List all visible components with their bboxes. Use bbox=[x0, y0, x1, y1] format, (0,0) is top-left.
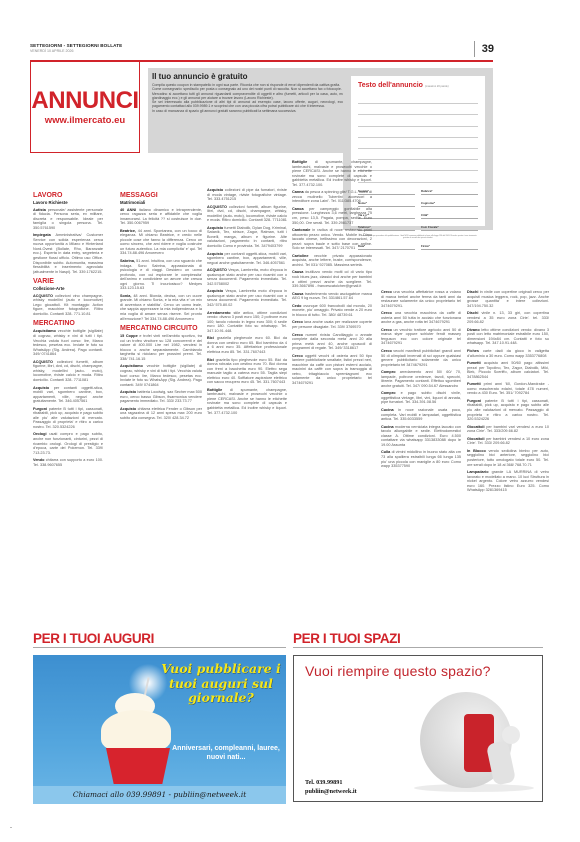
ad-keyword: Bottiglie bbox=[292, 160, 307, 164]
classified-ad: Furgoni patente B tutti i tipi, cassonat… bbox=[33, 407, 103, 430]
citta-field[interactable]: Città* bbox=[421, 213, 478, 219]
ad-text: per campeggio gonfiabile alta pressione.… bbox=[292, 207, 372, 225]
section-mercatino: MERCATINO bbox=[33, 320, 103, 328]
ad-keyword: Bici bbox=[207, 336, 214, 340]
classified-ad: Fumetti primi anni '60, Gordon-Mandrake … bbox=[467, 382, 549, 396]
ad-keyword: Bottiglie bbox=[207, 388, 222, 392]
page-mark bbox=[10, 827, 12, 828]
classified-ad: Autista personale/ assistente personale … bbox=[33, 208, 103, 231]
ad-text: letto ottime condizioni vendo: divano 3 … bbox=[467, 328, 549, 346]
ad-keyword: Cartoline bbox=[292, 254, 308, 258]
ad-text: carte dadi da gioco in valigetta d'allum… bbox=[467, 349, 549, 358]
ad-keyword: Acquisto bbox=[120, 390, 136, 394]
auguri-heading: PER I TUOI AUGURI bbox=[33, 632, 286, 648]
classified-ad: Giocattoli per bambini vendesi a 10 euro… bbox=[467, 437, 549, 446]
column-3: Acquisto collezioni di pipe da fumatori,… bbox=[207, 188, 287, 418]
ad-keyword: Cerco bbox=[381, 311, 392, 315]
ad-text: numeri rivista Candilaggio o annate comp… bbox=[292, 333, 372, 351]
classified-ad: Canna da pesca a spinning gile/ T.G.L. n… bbox=[292, 190, 372, 204]
spazi-advertisement[interactable]: Vuoi riempire questo spazio? Tel. 039.99… bbox=[293, 655, 543, 802]
spazi-heading: PER I TUOI SPAZI bbox=[293, 632, 543, 648]
ad-keyword: Beatrice, bbox=[120, 229, 136, 233]
ad-text: di spumante, champagne, lambruschi, malv… bbox=[292, 160, 372, 187]
cupcake-icon bbox=[106, 748, 170, 784]
subsection-matrimoniali: Matrimoniali bbox=[120, 201, 202, 206]
ad-text: lana anche usata per realizzare coperte … bbox=[292, 320, 372, 329]
ad-keyword: Cerco bbox=[381, 328, 392, 332]
classified-ad: Bici graziella pieghevole euro 60. Bici … bbox=[207, 336, 287, 354]
spazi-email: publiin@netweek.it bbox=[305, 787, 357, 796]
classified-ad: Orologi usati compro e pago subito, anch… bbox=[33, 432, 103, 455]
info-paragraph: In caso di mancanza di spazio gli annunc… bbox=[152, 109, 348, 113]
classified-ad: Cartoline vecchie privato appassionato a… bbox=[292, 254, 372, 268]
ad-keyword: Vendo bbox=[33, 458, 44, 462]
classified-ad: Beatrice, 44 anni. Spontanea, con un toc… bbox=[120, 229, 202, 256]
ad-keyword: Cucina bbox=[381, 425, 394, 429]
ad-text: di spumante, champagne, lambruschi, malv… bbox=[207, 388, 287, 415]
ad-keyword: Acquisto bbox=[120, 407, 136, 411]
subsection-lavoro-richieste: Lavoro Richieste bbox=[33, 201, 103, 206]
classified-ad: Cedo ovunque 600 francobolli dal mondo, … bbox=[292, 304, 372, 318]
ad-keyword: Acquisto bbox=[207, 188, 223, 192]
classified-ad: Acquisto per contanti oggetti-stica, mob… bbox=[33, 386, 103, 404]
ad-text-line[interactable] bbox=[358, 127, 478, 138]
ad-keyword: Lampadario bbox=[467, 470, 489, 474]
ad-keyword: Acquistiamo bbox=[33, 329, 56, 333]
ad-keyword: Orologi bbox=[33, 432, 47, 436]
classified-ad: Cerco lana anche usata per realizzare co… bbox=[292, 320, 372, 329]
ad-text: una vecchia affettatrice rossa a volano … bbox=[381, 290, 461, 308]
ad-text: chitarra con supporto a euro 100. Tel. 3… bbox=[33, 458, 103, 467]
ad-keyword: 40 ANNI bbox=[120, 208, 136, 212]
subsection-collezione-arte: Collezione-Arte bbox=[33, 287, 103, 292]
section-lavoro: LAVORO bbox=[33, 192, 103, 200]
ad-keyword: Arredamento bbox=[207, 311, 231, 315]
ad-text-line[interactable] bbox=[358, 115, 478, 126]
classified-ad: In Blocco vendo sediolina bimbo per auto… bbox=[467, 449, 549, 467]
classified-ad: ACQUISTO collezioni vino champagne- whis… bbox=[33, 294, 103, 317]
annunci-brand-box: ANNUNCI www.ilmercato.eu bbox=[30, 62, 140, 153]
ad-text-line[interactable] bbox=[358, 149, 478, 160]
classified-ad: Acquisto Vespa, Lambretta moto d'epoca i… bbox=[207, 289, 287, 307]
ad-text-lines[interactable] bbox=[358, 93, 478, 183]
ad-keyword: Canna bbox=[292, 190, 304, 194]
ad-keyword: Sonia, bbox=[120, 294, 131, 298]
ad-text: inutilizzo vendo molti cd di vario tipo … bbox=[292, 270, 372, 288]
classified-ad: ACQUISTO collezioni fumetti, album figur… bbox=[33, 360, 103, 383]
cognome-field[interactable]: Cognome* bbox=[421, 201, 478, 207]
ad-keyword: Acquisto bbox=[207, 226, 223, 230]
ad-keyword: Fumetti bbox=[467, 382, 481, 386]
column-6: Dischi in vinile con copertine originali… bbox=[467, 290, 549, 496]
column-5: Cerco una vecchia affettatrice rossa a v… bbox=[381, 290, 461, 472]
form-privacy-note: * Dati obbligatori per procedere alla pu… bbox=[358, 235, 478, 240]
ad-text: graziella pieghevole euro 60. Bici da do… bbox=[207, 336, 287, 354]
classified-ad: Lampadario grande LA MURRINA di vetro la… bbox=[467, 470, 549, 493]
brand-title: ANNUNCI bbox=[31, 89, 138, 113]
page-header: SETTEGIORNI - SETTEGIORNI BOLLATE VENERD… bbox=[30, 43, 492, 53]
ad-text-line[interactable] bbox=[358, 160, 478, 171]
classified-ad: Cerco una vecchia affettatrice rossa a v… bbox=[381, 290, 461, 308]
classified-ad: Cerco un vecchio trattore agricolo anni … bbox=[381, 328, 461, 346]
auguri-advertisement[interactable]: Vuoi pubblicare i tuoi auguri sul giorna… bbox=[33, 655, 286, 804]
ad-keyword: Cerco bbox=[292, 320, 303, 324]
classified-ad: Cucina moderna verniciata integra laccat… bbox=[381, 425, 461, 448]
ad-keyword: Canoa bbox=[292, 207, 304, 211]
auguri-contact: Chiamaci allo 039.99891 - publiin@netwee… bbox=[33, 786, 286, 804]
classified-ad: Giocattoli per bambini vari vendesi a eu… bbox=[467, 425, 549, 434]
ad-keyword: ACQUISTO bbox=[33, 360, 53, 364]
ad-text-line[interactable] bbox=[358, 171, 478, 182]
classified-ad: 15 Coppe e trofei vinti nell'ambito spor… bbox=[120, 334, 202, 361]
form-title-text: Testo dell'annuncio bbox=[358, 82, 423, 89]
publication-name: SETTEGIORNI - SETTEGIORNI BOLLATE bbox=[30, 43, 492, 48]
ad-text-line[interactable] bbox=[358, 93, 478, 104]
ad-keyword: Cerco bbox=[292, 354, 303, 358]
ad-text: vecchi manifesti pubblicitari grandi ann… bbox=[381, 349, 461, 367]
ad-text: moderna verniciata integra laccato con t… bbox=[381, 425, 461, 447]
ad-text: 44 anni. Spontanea, con un tocco di eleg… bbox=[120, 229, 202, 256]
classified-ad: Cerco numeri rivista Candilaggio o annat… bbox=[292, 333, 372, 351]
codice-fiscale-field[interactable]: Cod. Fiscale* bbox=[421, 225, 478, 231]
ad-keyword: Cerco bbox=[292, 333, 303, 337]
ad-keyword: Acquisto bbox=[33, 386, 49, 390]
ad-text: oggetti vecchi di osteria anni 50 tipo l… bbox=[292, 354, 372, 385]
classified-ad: Acquisto collezioni di pipe da fumatori,… bbox=[207, 188, 287, 202]
classified-ad: Divano letto ottime condizioni vendo: di… bbox=[467, 328, 549, 346]
section-messaggi: MESSAGGI bbox=[120, 192, 202, 200]
form-fields-bottom: Data* Firma* bbox=[358, 244, 478, 250]
classified-ad: Compro e pago subito dischi vinile, ogge… bbox=[381, 391, 461, 405]
classified-ad: Cerco oggetti vecchi di osteria anni 50 … bbox=[292, 354, 372, 386]
classified-ad: Acquisto fumetti Diabolik, Dylan Dog, Kr… bbox=[207, 226, 287, 249]
ad-keyword: Fumetti bbox=[467, 361, 481, 365]
column-1: LAVORO Lavoro Richieste Autista personal… bbox=[33, 188, 103, 470]
classified-ad: 40 ANNI italiano dinamico e intraprenden… bbox=[120, 208, 202, 226]
ad-keyword: ACQUISTO bbox=[33, 294, 53, 298]
ad-keyword: Sabrina, bbox=[120, 259, 135, 263]
ad-keyword: Culla bbox=[381, 450, 390, 454]
spazi-phone: Tel. 039.99891 bbox=[305, 778, 357, 787]
ad-keyword: Dischi bbox=[467, 290, 478, 294]
ad-keyword: Cantonale bbox=[292, 228, 310, 232]
ad-keyword: Causa bbox=[292, 292, 303, 296]
spazi-contact: Tel. 039.99891 publiin@netweek.it bbox=[305, 778, 357, 796]
classified-ad: Furgoni patente B tutti i tipi, cassonat… bbox=[467, 399, 549, 422]
classified-ad: Causa trasferimento vendo asciugatrice m… bbox=[292, 292, 372, 301]
ad-keyword: Dischi bbox=[467, 311, 478, 315]
ad-text: ovunque 600 francobolli dal mondo, 20 mo… bbox=[292, 304, 372, 317]
form-title: Testo dell'annuncio(massimo 20 parole) bbox=[358, 82, 478, 89]
classified-ad: Sabrina, 51 anni. Intuitiva, con uno sgu… bbox=[120, 259, 202, 291]
info-paragraph: Come consegnarlo: spediscilo per posta o… bbox=[152, 87, 348, 100]
classified-ad: Dischi in vinile con copertine originali… bbox=[467, 290, 549, 308]
classified-ad: Culla di vimini midollino in buono stato… bbox=[381, 450, 461, 468]
auguri-question: Vuoi pubblicare i tuoi auguri sul giorna… bbox=[161, 662, 281, 706]
page-number: 39 bbox=[474, 41, 494, 57]
classified-ad: Cerco vecchi manifesti pubblicitari gran… bbox=[381, 349, 461, 367]
ad-keyword: Furgoni bbox=[33, 407, 47, 411]
ad-text: di vimini midollino in buono stato alta … bbox=[381, 450, 461, 468]
ad-text: un vecchio trattore agricolo anni 50 di … bbox=[381, 328, 461, 346]
ad-keyword: ACQUISTO bbox=[207, 268, 227, 272]
classified-ad: Acquistiamo vecchie bottiglie (sigillate… bbox=[33, 329, 103, 356]
cupcake-frosting-icon bbox=[101, 710, 171, 752]
ad-keyword: In Blocco bbox=[467, 449, 486, 453]
classified-ad: Acquisto batteria Loodwig, sax Secher ma… bbox=[120, 390, 202, 404]
ad-keyword: Furgoni bbox=[467, 399, 481, 403]
ad-text: vecchie bottiglie (sigillate) di cognac,… bbox=[33, 329, 103, 356]
classified-ad: Fiches carte dadi da gioco in valigetta … bbox=[467, 349, 549, 358]
ad-keyword: Compro bbox=[381, 370, 396, 374]
classified-ad: ACQUISTO collezioni fumetti, album figur… bbox=[207, 205, 287, 223]
ad-text: in vinile con copertine originali cerco … bbox=[467, 290, 549, 308]
auguri-subtitle: Anniversari, compleanni, lauree, nuovi n… bbox=[171, 745, 281, 762]
classified-ad: Causa inutilizzo vendo molti cd di vario… bbox=[292, 270, 372, 288]
ad-text: 48 anni. Bionda, decisa, con un cuore gr… bbox=[120, 294, 202, 321]
section-mercatino-circuito: MERCATINO CIRCUITO bbox=[120, 325, 202, 333]
classified-ad: Cerco una vecchia macchina da caffè di o… bbox=[381, 311, 461, 325]
ad-keyword: Impiegata bbox=[33, 233, 51, 237]
ad-keyword: Acquisto bbox=[207, 289, 223, 293]
classified-ad: Acquistiamo vecchie bottiglie (sigillate… bbox=[120, 364, 202, 387]
ad-text-line[interactable] bbox=[358, 104, 478, 115]
column-2: MESSAGGI Matrimoniali 40 ANNI italiano d… bbox=[120, 188, 202, 423]
classified-ad: Cucina in noce razionale usata poco, com… bbox=[381, 408, 461, 422]
classified-ad: ACQUISTO Vespa, Lambretta, moto d'epoca … bbox=[207, 268, 287, 286]
classified-ad: Dischi vinile n. 13, 33 giri, con copert… bbox=[467, 311, 549, 325]
ad-text: 51 anni. Intuitiva, con uno sguardo che … bbox=[120, 259, 202, 290]
publication-date: VENERDÌ 10 APRILE 2026 bbox=[30, 49, 492, 53]
ad-keyword: Causa bbox=[292, 270, 303, 274]
classified-ad: Bici graziella tipo pieghevole euro 55. … bbox=[207, 358, 287, 385]
ad-keyword: Acquistiamo bbox=[120, 364, 143, 368]
ad-keyword: Giocattoli bbox=[467, 425, 485, 429]
classified-ad: Sonia, 48 anni. Bionda, decisa, con un c… bbox=[120, 294, 202, 321]
ad-keyword: Bici bbox=[207, 358, 214, 362]
form-fields: Testata* Rubrica* Nome* Cognome* Via e n… bbox=[358, 189, 478, 231]
ad-keyword: ACQUISTO bbox=[207, 205, 227, 209]
ad-keyword: Cucina bbox=[381, 408, 394, 412]
classified-ad: Cantonale in radica di noce restaurato p… bbox=[292, 228, 372, 251]
ad-text: e trofei vinti nell'ambito sportivo, tra… bbox=[120, 334, 202, 361]
classified-ad: Impiegata Amministrativa/ Customer Servi… bbox=[33, 233, 103, 274]
form-subtitle: (massimo 20 parole) bbox=[425, 85, 449, 88]
ad-keyword: Cedo bbox=[292, 304, 302, 308]
ad-keyword: Acquisto bbox=[207, 252, 223, 256]
firma-field[interactable]: Firma* bbox=[421, 244, 478, 250]
ad-text: graziella tipo pieghevole euro 55. Bici … bbox=[207, 358, 287, 385]
ad-keyword: Divano bbox=[467, 328, 480, 332]
classified-ad: Acquisto per contanti oggetti-stica, mob… bbox=[207, 252, 287, 266]
ad-text: da pesca a spinning gile/ T.G.L. nuovi d… bbox=[292, 190, 372, 203]
ad-text-line[interactable] bbox=[358, 138, 478, 149]
info-paragraph: Se sei interessato alla pubblicazione di… bbox=[152, 100, 348, 109]
ad-keyword: Giocattoli bbox=[467, 437, 485, 441]
ad-keyword: Autista bbox=[33, 208, 46, 212]
classified-ad: Compro arredamento anni 50/ 60/ 70, lamp… bbox=[381, 370, 461, 388]
ad-text: in noce razionale usata poco, completa. … bbox=[381, 408, 461, 421]
ad-text: trasferimento vendo asciugatrice marca A… bbox=[292, 292, 372, 301]
spazi-question: Vuoi riempire questo spazio? bbox=[305, 663, 491, 680]
info-title: Il tuo annuncio è gratuito bbox=[152, 72, 348, 81]
classified-ad: Bottiglie di spumante, champagne, lambru… bbox=[292, 160, 372, 187]
rubrica-field[interactable]: Rubrica* bbox=[421, 189, 478, 195]
ad-keyword: Cerco bbox=[381, 290, 392, 294]
ad-keyword: Compro bbox=[381, 391, 396, 395]
classified-ad: Fumetti acquisto anni 50/60 pago altissi… bbox=[467, 361, 549, 379]
section-varie: VARIE bbox=[33, 278, 103, 286]
ad-keyword: Cerco bbox=[381, 349, 392, 353]
ad-text: vinile n. 13, 33 giri, con copertina ven… bbox=[467, 311, 549, 324]
brand-url-link[interactable]: www.ilmercato.eu bbox=[45, 115, 125, 126]
classified-ad: Arredamento stile antico, ottime condizi… bbox=[207, 311, 287, 334]
ad-text: Amministrativa/ Customer Service con sol… bbox=[33, 233, 103, 273]
classified-ad: Canoa per campeggio gonfiabile alta pres… bbox=[292, 207, 372, 225]
ad-keyword: 15 Coppe bbox=[120, 334, 138, 338]
info-body: Compila questo coupon in stampatello in … bbox=[152, 83, 348, 113]
ad-text: una vecchia macchina da caffè di osteria… bbox=[381, 311, 461, 324]
ad-keyword: Fiches bbox=[467, 349, 479, 353]
column-4: Bottiglie di spumante, champagne, lambru… bbox=[292, 160, 372, 389]
classified-ad: Acquisto chitarra elettrica Fender o Gib… bbox=[120, 407, 202, 421]
classified-ad: Bottiglie di spumante, champagne, lambru… bbox=[207, 388, 287, 415]
classified-ad: Vendo chitarra con supporto a euro 100. … bbox=[33, 458, 103, 467]
figure-head-icon bbox=[502, 726, 520, 744]
